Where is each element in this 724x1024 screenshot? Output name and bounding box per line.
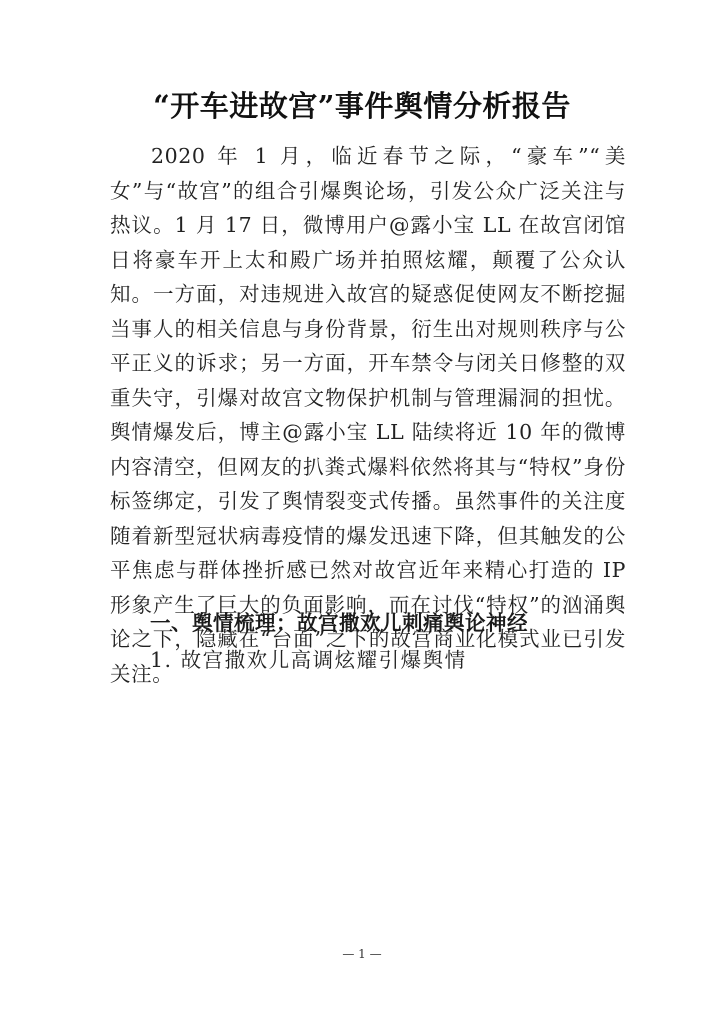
page-number: — 1 — (0, 947, 724, 961)
document-page: “开车进故宫”事件舆情分析报告 2020 年 1 月，临近春节之际，“豪车”“美… (0, 0, 724, 1024)
section-heading: 一、舆情梳理：故宫撒欢儿刺痛舆论神经 (150, 606, 528, 636)
subsection-heading: 1. 故宫撒欢儿高调炫耀引爆舆情 (150, 643, 467, 673)
document-title: “开车进故宫”事件舆情分析报告 (0, 84, 724, 125)
